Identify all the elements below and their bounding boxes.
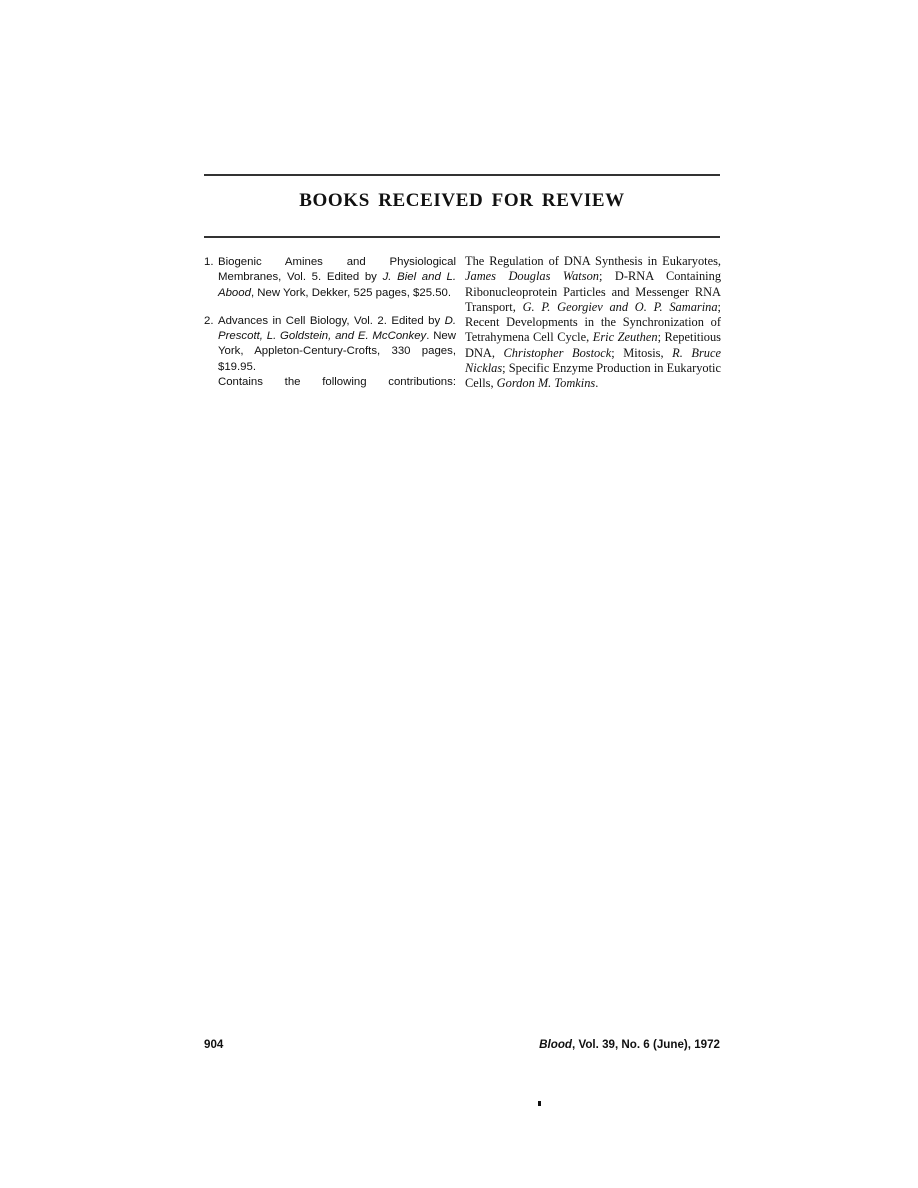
page-footer: 904 Blood, Vol. 39, No. 6 (June), 1972 <box>204 1038 720 1051</box>
journal-issue: , Vol. 39, No. 6 (June), 1972 <box>572 1038 720 1051</box>
entry-text: Biogenic Amines and Physiological Membra… <box>218 255 456 301</box>
journal-name: Blood <box>539 1038 572 1051</box>
left-column: 1. Biogenic Amines and Physiological Mem… <box>204 255 456 390</box>
page-number: 904 <box>204 1038 223 1051</box>
contribution-author: Christopher Bostock <box>504 346 612 360</box>
book-details: , New York, Dekker, 525 pages, $25.50. <box>251 287 451 299</box>
contribution-title: Mitosis, <box>623 346 672 360</box>
contribution-author: Eric Zeuthen <box>593 330 658 344</box>
entry-number: 2. <box>204 314 218 390</box>
contribution-author: Gordon M. Tomkins <box>497 376 596 390</box>
contributions-list: The Regulation of DNA Synthesis in Eukar… <box>465 254 721 392</box>
contribution-author: James Douglas Watson <box>465 269 599 283</box>
contribution-title: The Regulation of DNA Synthesis in Eukar… <box>465 254 721 268</box>
entry-number: 1. <box>204 255 218 301</box>
book-entry-2: 2. Advances in Cell Biology, Vol. 2. Edi… <box>204 314 456 390</box>
book-title: Advances in Cell Biology, Vol. 2. Edited… <box>218 315 445 327</box>
page-title: BOOKS RECEIVED FOR REVIEW <box>204 190 720 212</box>
top-rule <box>204 174 720 176</box>
entry-text: Advances in Cell Biology, Vol. 2. Edited… <box>218 314 456 390</box>
contributions-intro: Contains the following contributions: <box>218 375 456 390</box>
title-bottom-rule <box>204 236 720 238</box>
scan-speck <box>538 1101 541 1106</box>
journal-citation: Blood, Vol. 39, No. 6 (June), 1972 <box>539 1038 720 1051</box>
book-entry-1: 1. Biogenic Amines and Physiological Mem… <box>204 255 456 301</box>
contribution-author: G. P. Georgiev and O. P. Samarina <box>523 300 718 314</box>
